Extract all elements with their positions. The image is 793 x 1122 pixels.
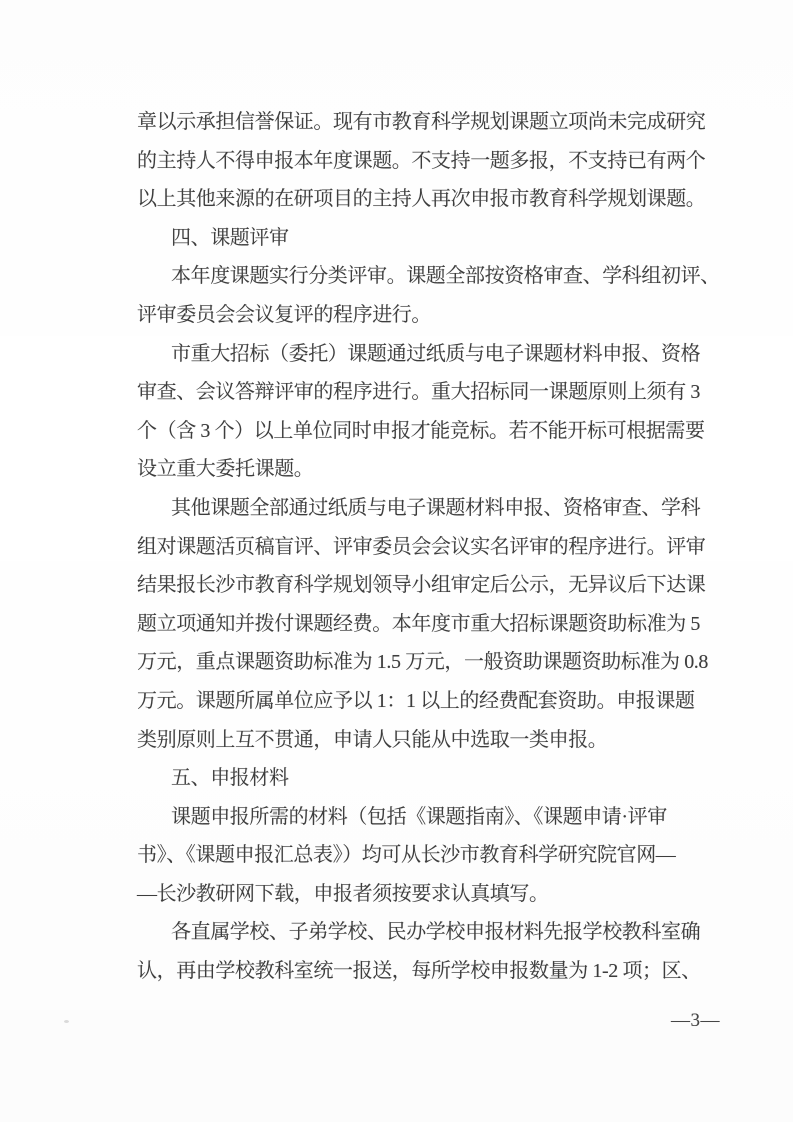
page-number: —3— <box>671 1010 720 1032</box>
text-line: 组对课题活页稿盲评、评审委员会会议实名评审的程序进行。评审 <box>137 528 717 567</box>
text-line: 书》、《课题申报汇总表》）均可从长沙市教育科学研究院官网— <box>137 836 717 875</box>
text-line: 的主持人不得申报本年度课题。不支持一题多报，不支持已有两个 <box>137 142 717 181</box>
text-line: 章以示承担信誉保证。现有市教育科学规划课题立项尚未完成研究 <box>137 103 717 142</box>
document-body: 章以示承担信誉保证。现有市教育科学规划课题立项尚未完成研究的主持人不得申报本年度… <box>137 103 717 991</box>
text-line: 课题申报所需的材料（包括《课题指南》、《课题申请·评审 <box>137 798 717 837</box>
scan-artifact <box>64 1020 69 1023</box>
text-line: 设立重大委托课题。 <box>137 450 717 489</box>
text-line: 各直属学校、子弟学校、民办学校申报材料先报学校教科室确 <box>137 913 717 952</box>
text-line: 四、课题评审 <box>137 219 717 258</box>
text-line: 以上其他来源的在研项目的主持人再次申报市教育科学规划课题。 <box>137 180 717 219</box>
text-line: 万元。课题所属单位应予以 1：1 以上的经费配套资助。申报课题 <box>137 682 717 721</box>
text-line: 结果报长沙市教育科学规划领导小组审定后公示，无异议后下达课 <box>137 566 717 605</box>
text-line: —长沙教研网下载，申报者须按要求认真填写。 <box>137 875 717 914</box>
text-line: 题立项通知并拨付课题经费。本年度市重大招标课题资助标准为 5 <box>137 605 717 644</box>
text-line: 万元，重点课题资助标准为 1.5 万元，一般资助课题资助标准为 0.8 <box>137 643 717 682</box>
text-line: 本年度课题实行分类评审。课题全部按资格审查、学科组初评、 <box>137 257 717 296</box>
text-line: 市重大招标（委托）课题通过纸质与电子课题材料申报、资格 <box>137 335 717 374</box>
text-line: 评审委员会会议复评的程序进行。 <box>137 296 717 335</box>
text-line: 其他课题全部通过纸质与电子课题材料申报、资格审查、学科 <box>137 489 717 528</box>
document-page: 章以示承担信誉保证。现有市教育科学规划课题立项尚未完成研究的主持人不得申报本年度… <box>0 0 793 1122</box>
text-line: 认，再由学校教科室统一报送，每所学校申报数量为 1-2 项；区、 <box>137 952 717 991</box>
text-line: 五、申报材料 <box>137 759 717 798</box>
text-line: 类别原则上互不贯通，申请人只能从中选取一类申报。 <box>137 721 717 760</box>
text-line: 审查、会议答辩评审的程序进行。重大招标同一课题原则上须有 3 <box>137 373 717 412</box>
text-line: 个（含 3 个）以上单位同时申报才能竞标。若不能开标可根据需要 <box>137 412 717 451</box>
